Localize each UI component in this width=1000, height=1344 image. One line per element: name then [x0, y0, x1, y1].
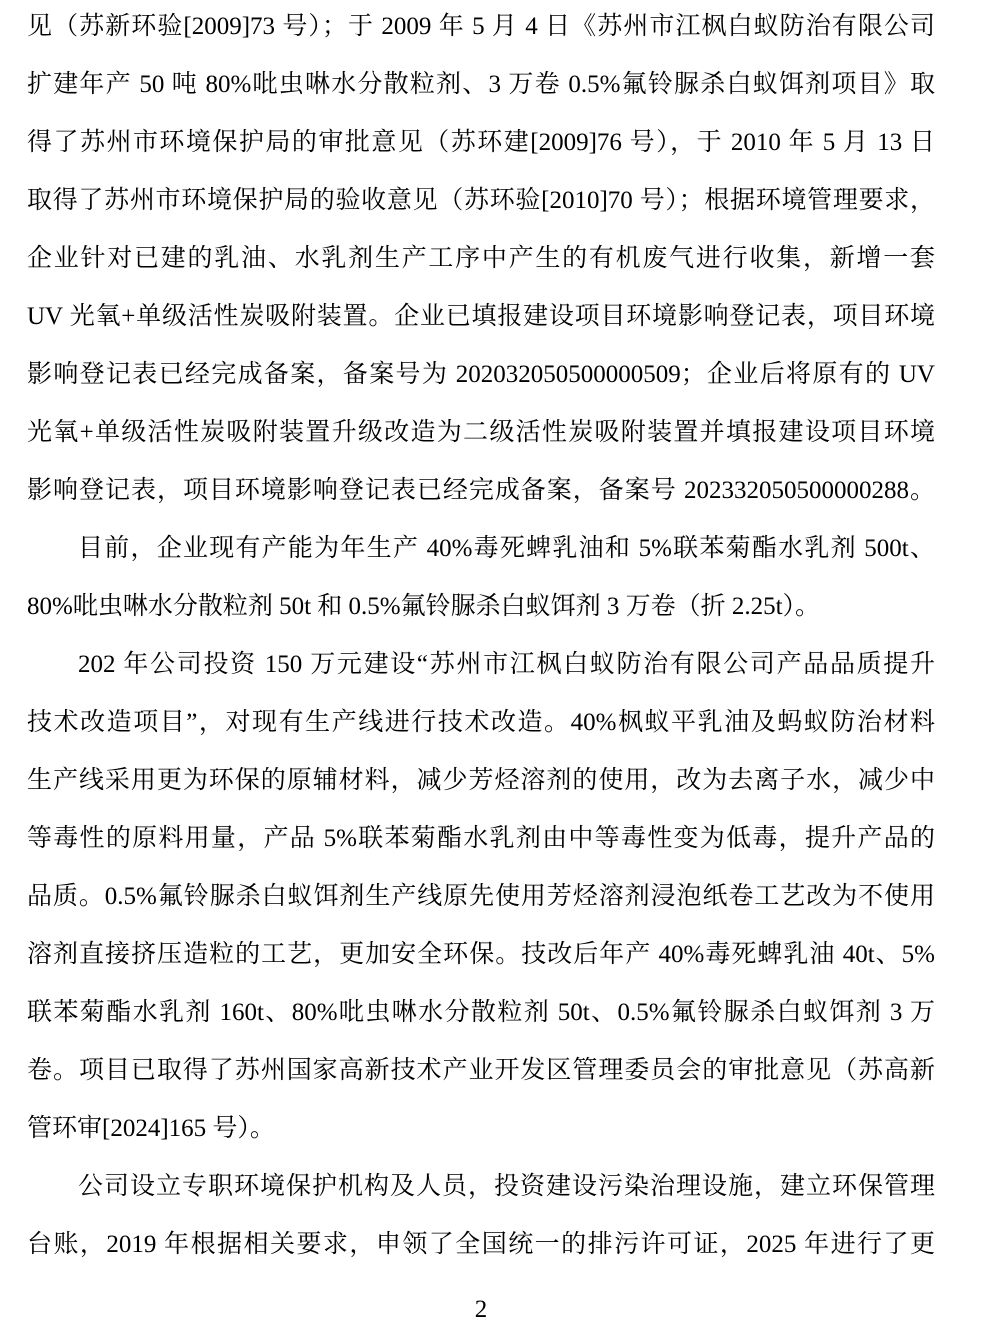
- text-line: 目前，企业现有产能为年生产 40%毒死蜱乳油和 5%联苯菊酯水乳剂 500t、: [27, 520, 935, 578]
- text-line: 管环审[2024]165 号）。: [27, 1100, 935, 1158]
- text-line: 202 年公司投资 150 万元建设“苏州市江枫白蚁防治有限公司产品品质提升: [27, 636, 935, 694]
- text-line: 扩建年产 50 吨 80%吡虫啉水分散粒剂、3 万卷 0.5%氟铃脲杀白蚁饵剂项…: [27, 56, 935, 114]
- text-line: 企业针对已建的乳油、水乳剂生产工序中产生的有机废气进行收集，新增一套: [27, 230, 935, 288]
- text-line: 得了苏州市环境保护局的审批意见（苏环建[2009]76 号），于 2010 年 …: [27, 114, 935, 172]
- text-line: 卷。项目已取得了苏州国家高新技术产业开发区管理委员会的审批意见（苏高新: [27, 1042, 935, 1100]
- text-line: 见（苏新环验[2009]73 号）；于 2009 年 5 月 4 日《苏州市江枫…: [27, 0, 935, 56]
- text-line: 取得了苏州市环境保护局的验收意见（苏环验[2010]70 号）；根据环境管理要求…: [27, 172, 935, 230]
- body-text: 见（苏新环验[2009]73 号）；于 2009 年 5 月 4 日《苏州市江枫…: [27, 0, 935, 1274]
- text-line: UV 光氧+单级活性炭吸附装置。企业已填报建设项目环境影响登记表，项目环境: [27, 288, 935, 346]
- text-line: 光氧+单级活性炭吸附装置升级改造为二级活性炭吸附装置并填报建设项目环境: [27, 404, 935, 462]
- text-line: 联苯菊酯水乳剂 160t、80%吡虫啉水分散粒剂 50t、0.5%氟铃脲杀白蚁饵…: [27, 984, 935, 1042]
- text-line: 公司设立专职环境保护机构及人员，投资建设污染治理设施，建立环保管理: [27, 1158, 935, 1216]
- text-line: 技术改造项目”，对现有生产线进行技术改造。40%枫蚁平乳油及蚂蚁防治材料: [27, 694, 935, 752]
- text-line: 影响登记表，项目环境影响登记表已经完成备案，备案号 20233205050000…: [27, 462, 935, 520]
- document-page: 见（苏新环验[2009]73 号）；于 2009 年 5 月 4 日《苏州市江枫…: [0, 0, 1000, 1344]
- page-number: 2: [27, 1292, 935, 1328]
- text-line: 品质。0.5%氟铃脲杀白蚁饵剂生产线原先使用芳烃溶剂浸泡纸卷工艺改为不使用: [27, 868, 935, 926]
- text-line: 等毒性的原料用量，产品 5%联苯菊酯水乳剂由中等毒性变为低毒，提升产品的: [27, 810, 935, 868]
- text-line: 80%吡虫啉水分散粒剂 50t 和 0.5%氟铃脲杀白蚁饵剂 3 万卷（折 2.…: [27, 578, 935, 636]
- text-line: 生产线采用更为环保的原辅材料，减少芳烃溶剂的使用，改为去离子水，减少中: [27, 752, 935, 810]
- text-line: 台账，2019 年根据相关要求，申领了全国统一的排污许可证，2025 年进行了更: [27, 1216, 935, 1274]
- text-line: 影响登记表已经完成备案，备案号为 202032050500000509；企业后将…: [27, 346, 935, 404]
- text-line: 溶剂直接挤压造粒的工艺，更加安全环保。技改后年产 40%毒死蜱乳油 40t、5%: [27, 926, 935, 984]
